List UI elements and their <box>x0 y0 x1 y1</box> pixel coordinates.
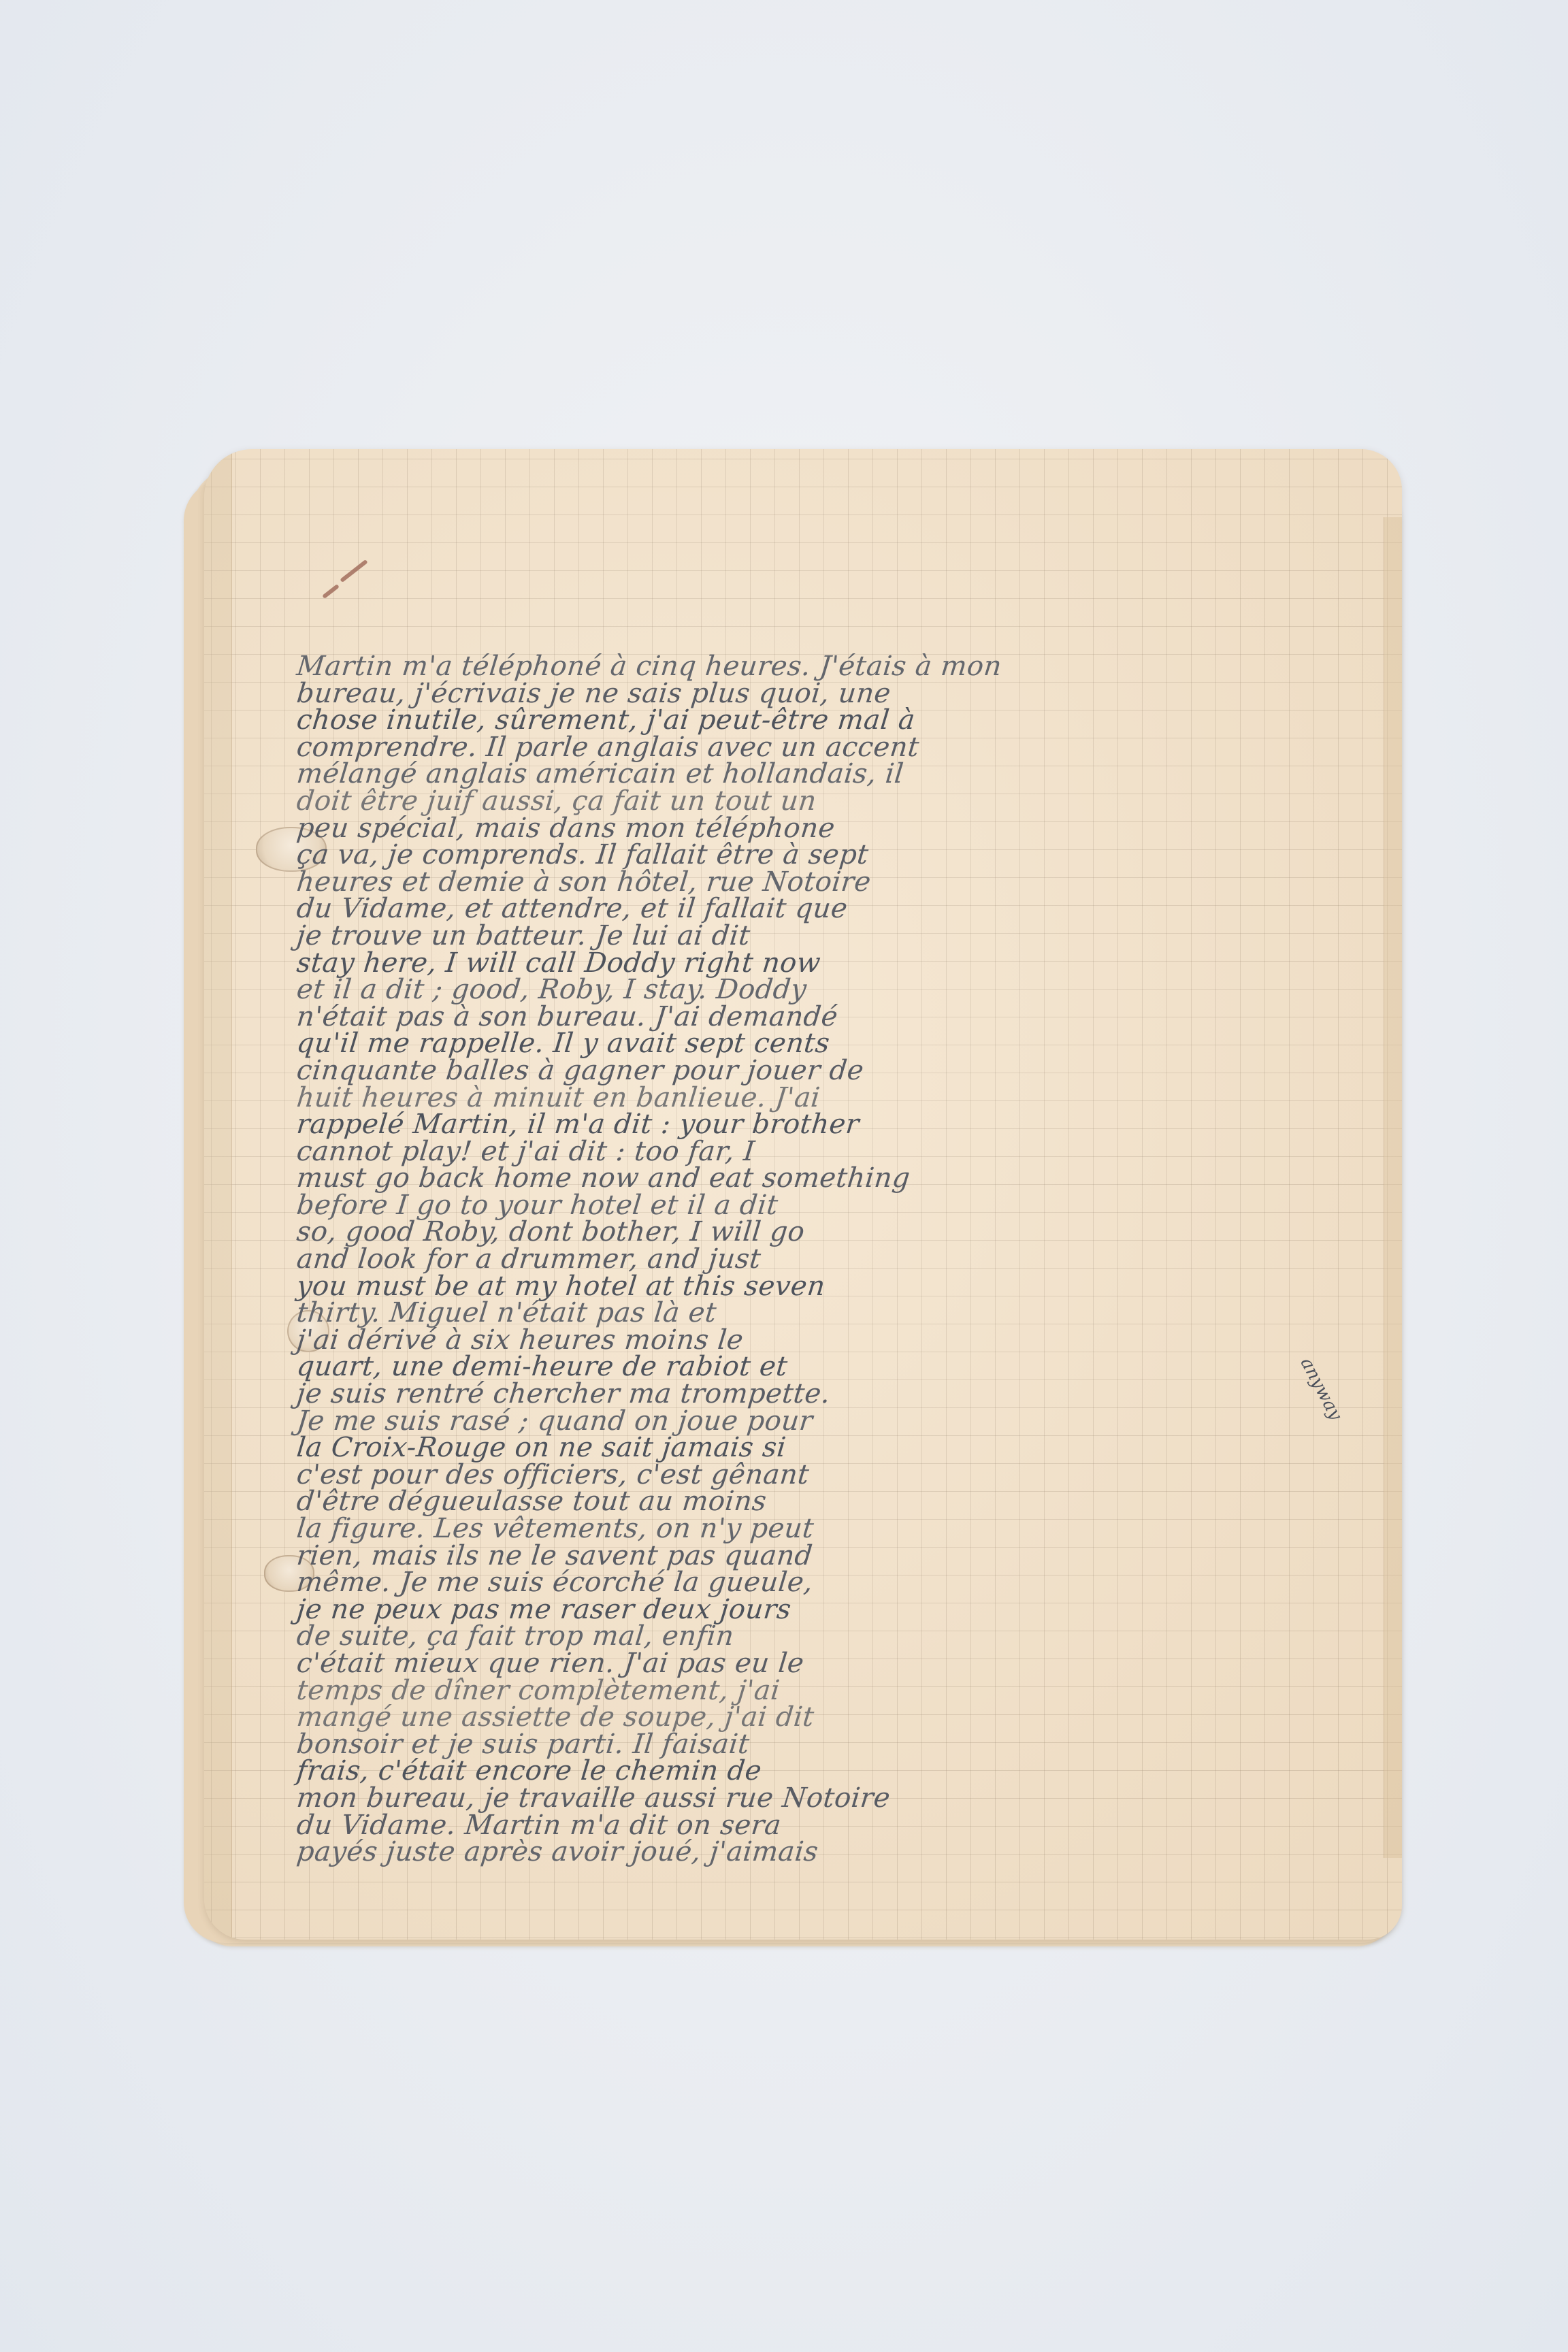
text-line: je suis rentré chercher ma trompette. <box>295 1381 1346 1408</box>
text-line: comprendre. Il parle anglais avec un acc… <box>295 734 1346 762</box>
text-line: je ne peux pas me raser deux jours <box>295 1597 1346 1624</box>
text-line: peu spécial, mais dans mon téléphone <box>295 815 1346 843</box>
text-line: du Vidame. Martin m'a dit on sera <box>295 1812 1346 1840</box>
text-line: mon bureau, je travaille aussi rue Notoi… <box>295 1785 1346 1812</box>
text-line: mangé une assiette de soupe, j'ai dit <box>295 1704 1346 1731</box>
text-line: la figure. Les vêtements, on n'y peut <box>295 1516 1346 1543</box>
text-line: de suite, ça fait trop mal, enfin <box>295 1623 1346 1650</box>
text-line: même. Je me suis écorché la gueule, <box>295 1569 1346 1597</box>
text-line: you must be at my hotel at this seven <box>295 1273 1346 1301</box>
right-sheet-edge <box>1384 517 1402 1858</box>
text-line: chose inutile, sûrement, j'ai peut-être … <box>295 707 1346 734</box>
text-line: heures et demie à son hôtel, rue Notoire <box>295 869 1346 896</box>
text-line: ça va, je comprends. Il fallait être à s… <box>295 842 1346 869</box>
text-line: and look for a drummer, and just <box>295 1246 1346 1273</box>
text-line: cinquante balles à gagner pour jouer de <box>295 1058 1346 1085</box>
text-line: payés juste après avoir joué, j'aimais <box>295 1839 1346 1866</box>
text-line: c'est pour des officiers, c'est gênant <box>295 1462 1346 1489</box>
text-line: stay here, I will call Doddy right now <box>295 950 1346 977</box>
text-line: du Vidame, et attendre, et il fallait qu… <box>295 896 1346 923</box>
text-line: bonsoir et je suis parti. Il faisait <box>295 1731 1346 1759</box>
text-line: so, good Roby, dont bother, I will go <box>295 1219 1346 1246</box>
text-line: cannot play! et j'ai dit : too far, I <box>295 1139 1346 1166</box>
text-line: thirty. Miguel n'était pas là et <box>295 1300 1346 1327</box>
text-line: la Croix-Rouge on ne sait jamais si <box>295 1435 1346 1462</box>
manuscript-page: Martin m'a téléphoné à cinq heures. J'ét… <box>204 449 1402 1940</box>
left-binding-edge <box>204 449 232 1940</box>
text-line: d'être dégueulasse tout au moins <box>295 1488 1346 1516</box>
ink-stain <box>340 559 368 583</box>
text-line: doit être juif aussi, ça fait un tout un <box>295 788 1346 815</box>
text-line: bureau, j'écrivais je ne sais plus quoi,… <box>295 681 1346 708</box>
text-line: quart, une demi-heure de rabiot et <box>295 1354 1346 1381</box>
text-line: qu'il me rappelle. Il y avait sept cents <box>295 1030 1346 1058</box>
text-line: frais, c'était encore le chemin de <box>295 1758 1346 1785</box>
handwritten-text: Martin m'a téléphoné à cinq heures. J'ét… <box>297 653 1345 1866</box>
text-line: before I go to your hotel et il a dit <box>295 1192 1346 1220</box>
text-line: Je me suis rasé ; quand on joue pour <box>295 1408 1346 1435</box>
text-line: je trouve un batteur. Je lui ai dit <box>295 923 1346 950</box>
ink-stain <box>322 584 340 599</box>
text-line: must go back home now and eat something <box>295 1165 1346 1192</box>
text-line: rien, mais ils ne le savent pas quand <box>295 1543 1346 1570</box>
text-line: et il a dit ; good, Roby, I stay. Doddy <box>295 977 1346 1004</box>
text-line: rappelé Martin, il m'a dit : your brothe… <box>295 1111 1346 1139</box>
text-line: Martin m'a téléphoné à cinq heures. J'ét… <box>295 653 1346 681</box>
text-line: huit heures à minuit en banlieue. J'ai <box>295 1085 1346 1112</box>
text-line: mélangé anglais américain et hollandais,… <box>295 761 1346 788</box>
text-line: temps de dîner complètement, j'ai <box>295 1678 1346 1705</box>
text-line: j'ai dérivé à six heures moins le <box>295 1327 1346 1354</box>
text-line: n'était pas à son bureau. J'ai demandé <box>295 1004 1346 1031</box>
text-line: c'était mieux que rien. J'ai pas eu le <box>295 1650 1346 1678</box>
